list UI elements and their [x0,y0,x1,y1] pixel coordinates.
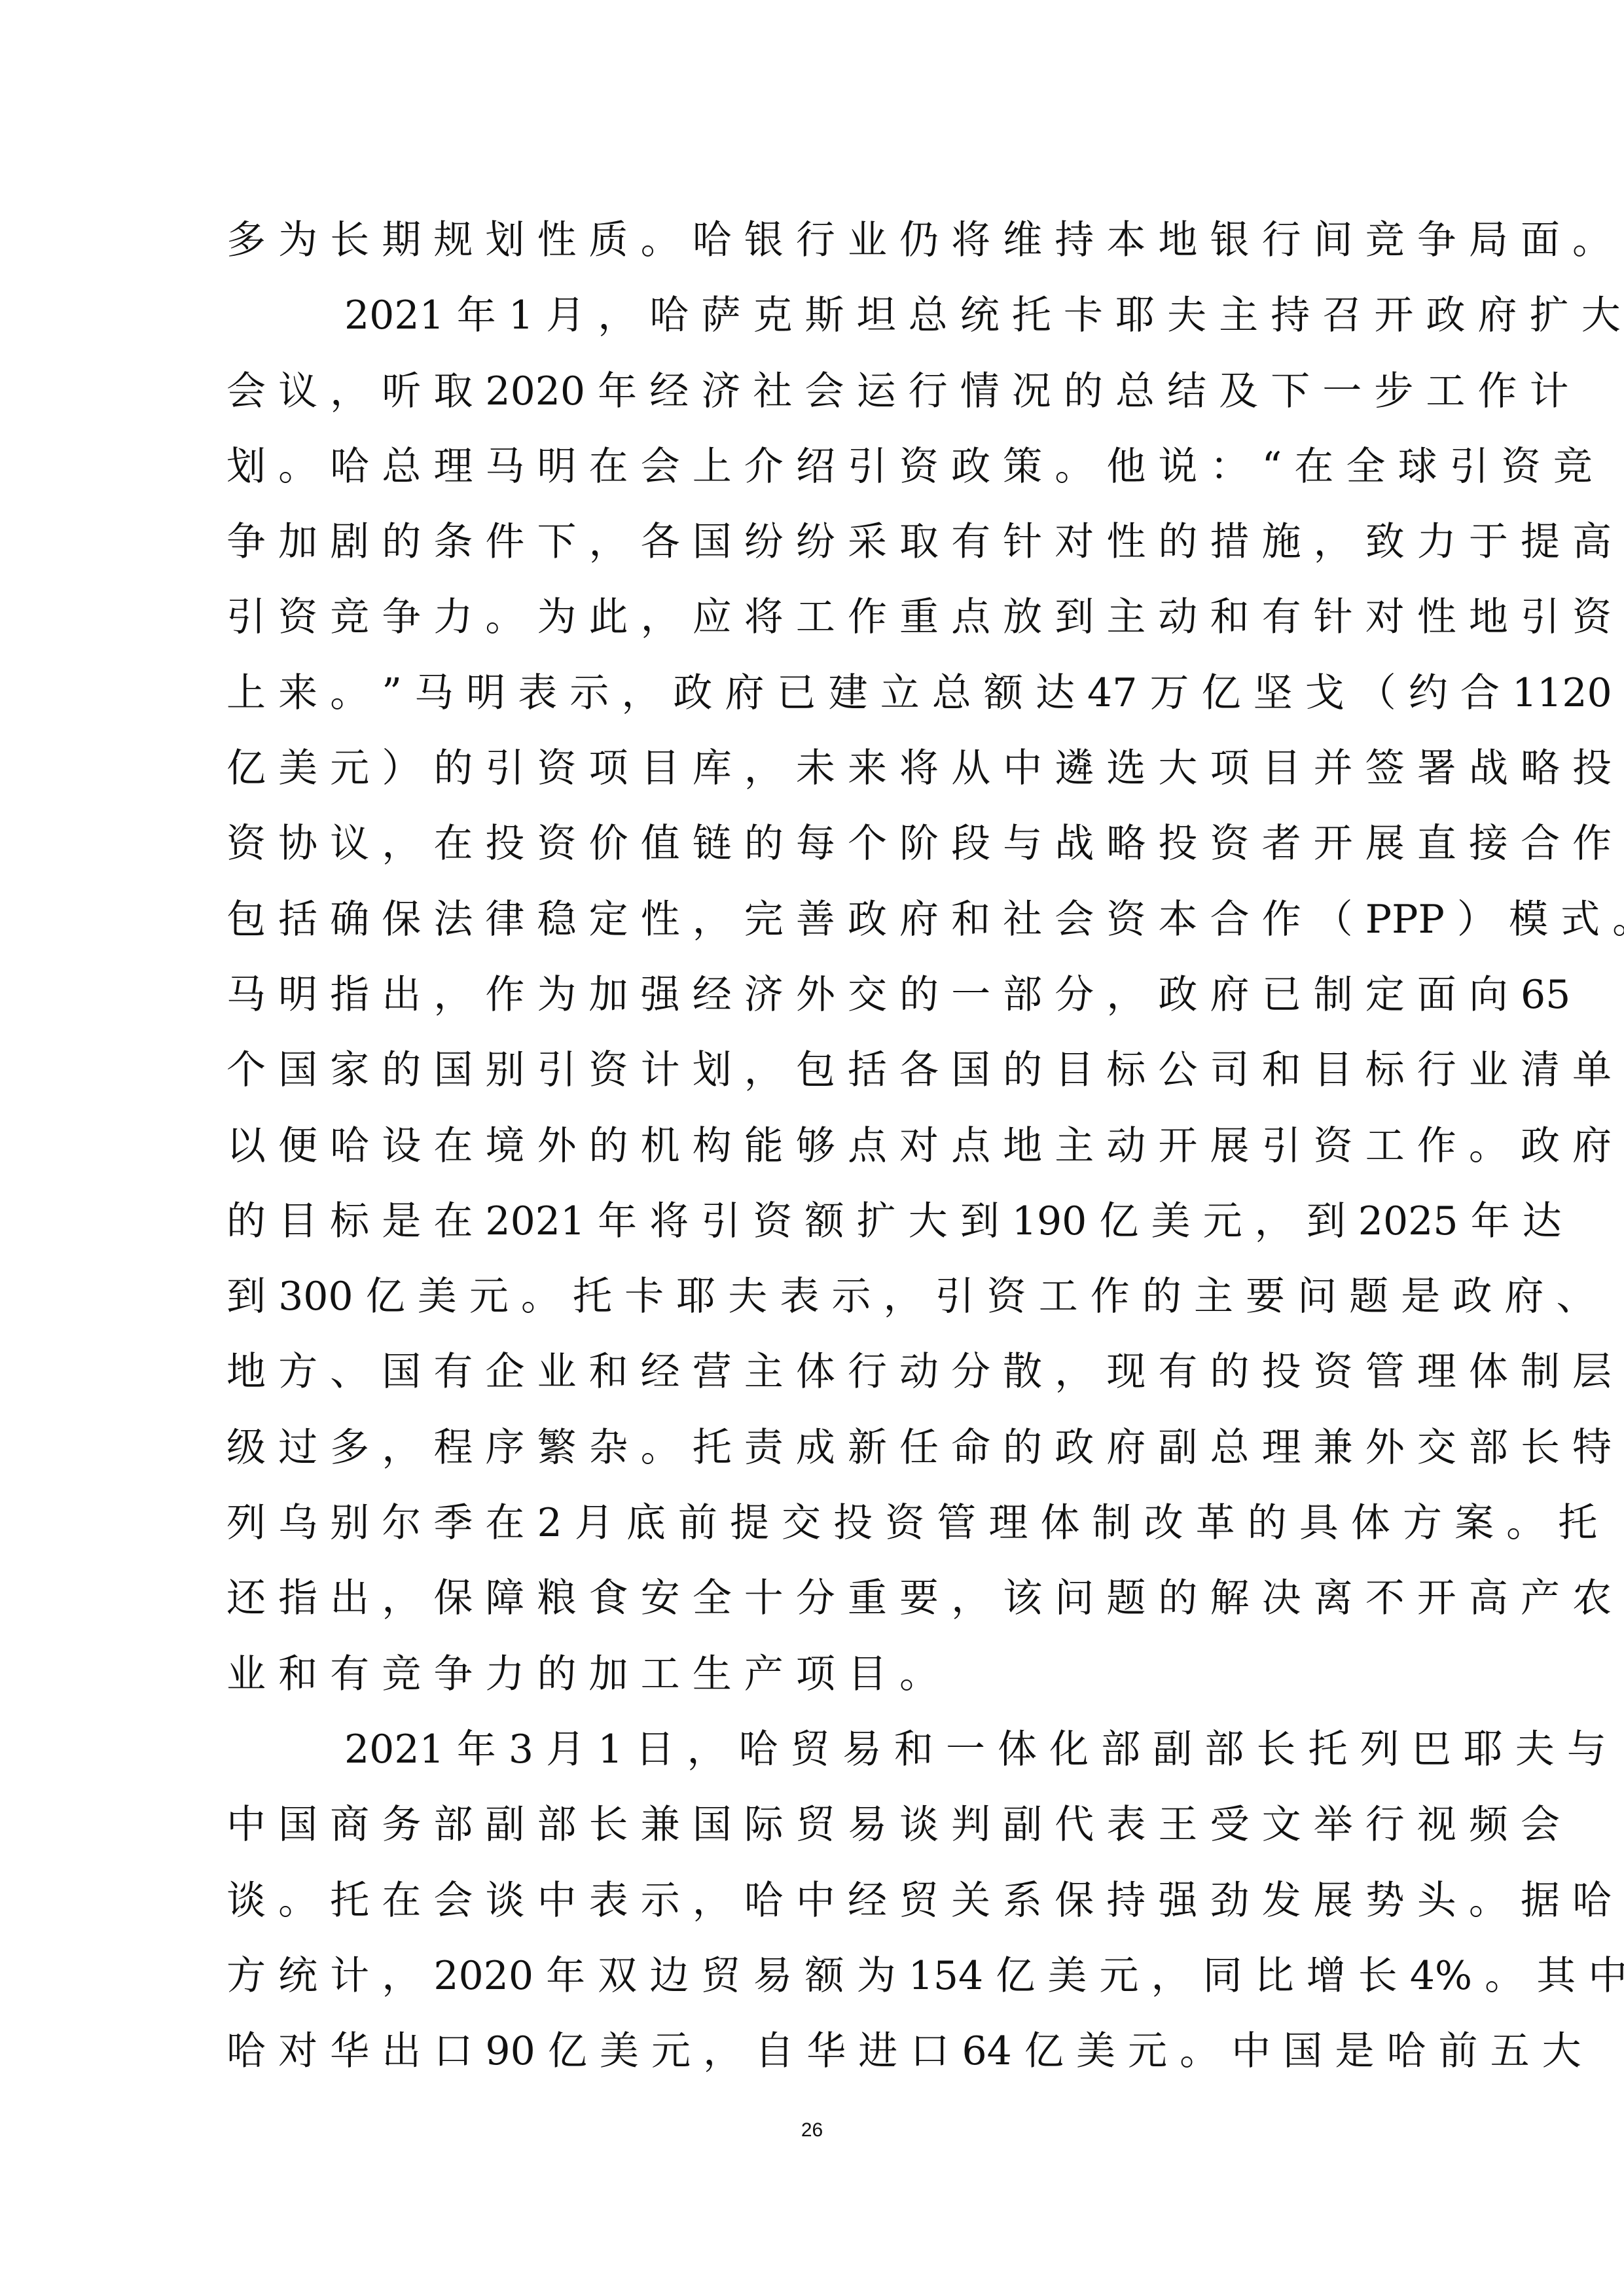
text-line: 地 方 、 国 有 企 业 和 经 营 主 体 行 动 分 散 ， 现 有 的 … [226,1342,1402,1418]
text-line: 列 乌 别 尔 季 在 2 月 底 前 提 交 投 资 管 理 体 制 改 革 … [226,1494,1402,1569]
paragraph: 2021 年 3 月 1 日 ， 哈 贸 易 和 一 体 化 部 副 部 长 托… [226,1720,1402,2097]
text-line: 资 协 议 ， 在 投 资 价 值 链 的 每 个 阶 段 与 战 略 投 资 … [226,814,1402,889]
text-line: 争 加 剧 的 条 件 下 ， 各 国 纷 纷 采 取 有 针 对 性 的 措 … [226,512,1402,588]
text-line: 包 括 确 保 法 律 稳 定 性 ， 完 善 政 府 和 社 会 资 本 合 … [226,890,1402,965]
text-line: 会 议 ， 听 取 2020 年 经 济 社 会 运 行 情 况 的 总 结 及… [226,362,1402,437]
text-line: 2021 年 3 月 1 日 ， 哈 贸 易 和 一 体 化 部 副 部 长 托… [226,1720,1402,1795]
text-line: 业 和 有 竞 争 力 的 加 工 生 产 项 目 。 [226,1645,1402,1720]
text-line: 到 300 亿 美 元 。 托 卡 耶 夫 表 示 ， 引 资 工 作 的 主 … [226,1267,1402,1342]
text-line: 级 过 多 ， 程 序 繁 杂 。 托 责 成 新 任 命 的 政 府 副 总 … [226,1418,1402,1494]
text-line: 谈 。 托 在 会 谈 中 表 示 ， 哈 中 经 贸 关 系 保 持 强 劲 … [226,1871,1402,1946]
text-line: 亿 美 元 ） 的 引 资 项 目 库 ， 未 来 将 从 中 遴 选 大 项 … [226,739,1402,814]
text-line: 多 为 长 期 规 划 性 质 。 哈 银 行 业 仍 将 维 持 本 地 银 … [226,211,1402,286]
text-line: 划 。 哈 总 理 马 明 在 会 上 介 绍 引 资 政 策 。 他 说 ： … [226,437,1402,512]
paragraph: 多 为 长 期 规 划 性 质 。 哈 银 行 业 仍 将 维 持 本 地 银 … [226,211,1402,286]
text-line: 哈 对 华 出 口 90 亿 美 元 ， 自 华 进 口 64 亿 美 元 。 … [226,2022,1402,2097]
page-number: 26 [0,2119,1624,2142]
text-line: 2021 年 1 月 ， 哈 萨 克 斯 坦 总 统 托 卡 耶 夫 主 持 召… [226,286,1402,361]
text-line: 以 便 哈 设 在 境 外 的 机 构 能 够 点 对 点 地 主 动 开 展 … [226,1117,1402,1192]
text-line: 个 国 家 的 国 别 引 资 计 划 ， 包 括 各 国 的 目 标 公 司 … [226,1041,1402,1116]
text-line: 引 资 竞 争 力 。 为 此 ， 应 将 工 作 重 点 放 到 主 动 和 … [226,588,1402,663]
text-line: 上 来 。 ” 马 明 表 示 ， 政 府 已 建 立 总 额 达 47 万 亿… [226,664,1402,739]
text-line: 还 指 出 ， 保 障 粮 食 安 全 十 分 重 要 ， 该 问 题 的 解 … [226,1569,1402,1644]
text-line: 方 统 计 ， 2020 年 双 边 贸 易 额 为 154 亿 美 元 ， 同… [226,1946,1402,2022]
document-page: 多 为 长 期 规 划 性 质 。 哈 银 行 业 仍 将 维 持 本 地 银 … [0,0,1624,2296]
text-line: 中 国 商 务 部 副 部 长 兼 国 际 贸 易 谈 判 副 代 表 王 受 … [226,1795,1402,1871]
text-line: 的 目 标 是 在 2021 年 将 引 资 额 扩 大 到 190 亿 美 元… [226,1192,1402,1267]
body-text: 多 为 长 期 规 划 性 质 。 哈 银 行 业 仍 将 维 持 本 地 银 … [226,211,1402,2097]
text-line: 马 明 指 出 ， 作 为 加 强 经 济 外 交 的 一 部 分 ， 政 府 … [226,965,1402,1041]
paragraph: 2021 年 1 月 ， 哈 萨 克 斯 坦 总 统 托 卡 耶 夫 主 持 召… [226,286,1402,1720]
